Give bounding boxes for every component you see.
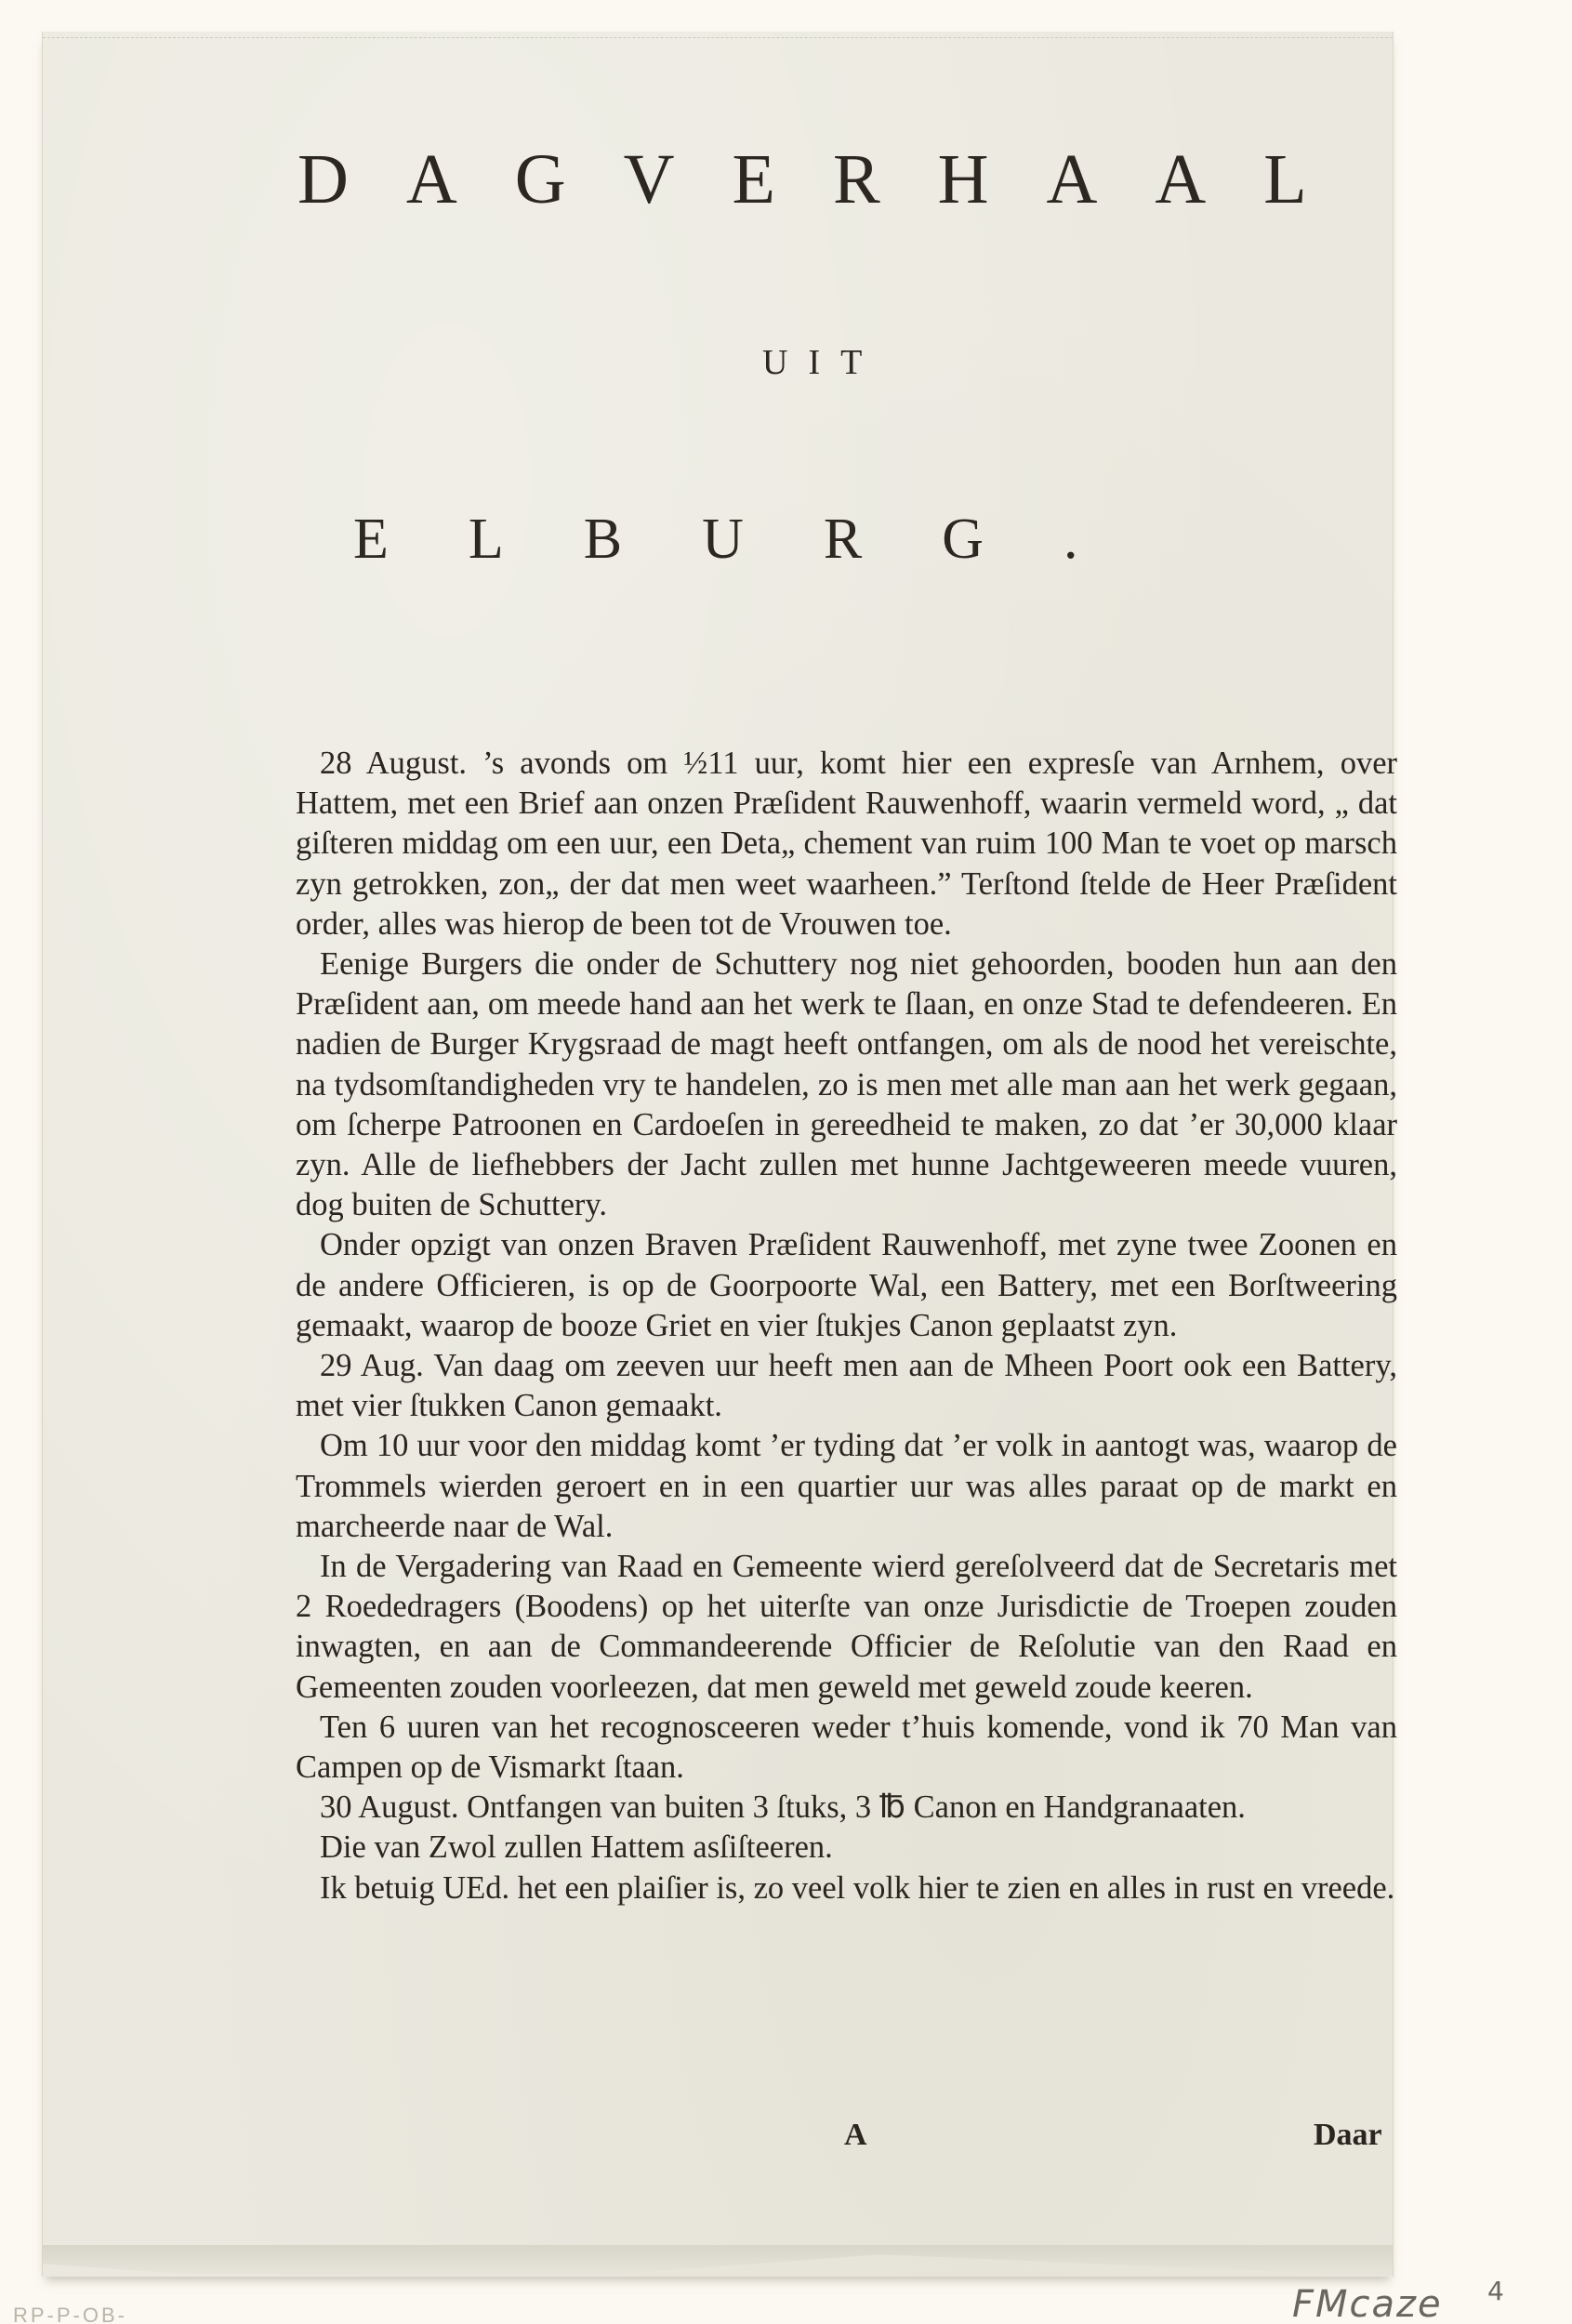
paragraph-recognosceeren: Ten 6 uuren van het recognosceeren weder… xyxy=(296,1708,1397,1788)
title-connector: UIT xyxy=(762,342,882,383)
paragraph-zwol: Die van Zwol zullen Hattem asſiſteeren. xyxy=(296,1828,1397,1868)
paragraph-burgers: Eenige Burgers die onder de Schuttery no… xyxy=(296,944,1397,1225)
paragraph-closing: Ik betuig UEd. het een plaiſier is, zo v… xyxy=(296,1868,1397,1908)
document-title: DAGVERHAAL xyxy=(297,139,1399,220)
archive-stamp: RP-P-OB- xyxy=(13,2304,127,2324)
signature-mark: A xyxy=(844,2118,867,2153)
handwritten-note: FMcaze xyxy=(1292,2283,1443,2324)
paragraph-trommels: Om 10 uur voor den middag komt ’er tydin… xyxy=(296,1426,1397,1547)
document-body: 28 August. ’s avonds om ½11 uur, komt hi… xyxy=(296,744,1397,1908)
place-name: ELBURG. xyxy=(353,507,1171,573)
place-text: ELBURG. xyxy=(353,507,1158,573)
paragraph-29-august: 29 Aug. Van daag om zeeven uur heeft men… xyxy=(296,1346,1397,1426)
paragraph-30-august: 30 August. Ontfangen van buiten 3 ſtuks,… xyxy=(296,1788,1397,1828)
catchword: Daar xyxy=(1314,2118,1382,2153)
paragraph-28-august: 28 August. ’s avonds om ½11 uur, komt hi… xyxy=(296,744,1397,944)
paragraph-vergadering: In de Vergadering van Raad en Gemeente w… xyxy=(296,1547,1397,1708)
paragraph-battery-goorpoort: Onder opzigt van onzen Braven Præſident … xyxy=(296,1225,1397,1346)
title-text: DAGVERHAAL xyxy=(297,139,1365,220)
handwritten-number: 4 xyxy=(1487,2276,1504,2306)
